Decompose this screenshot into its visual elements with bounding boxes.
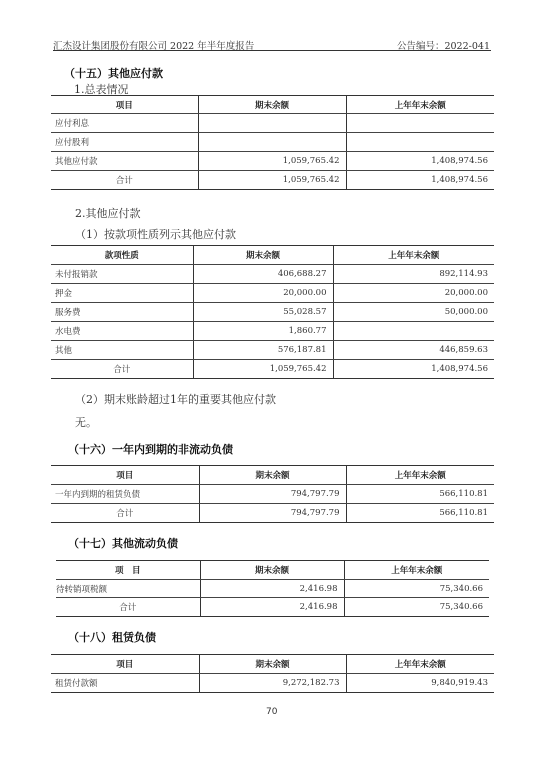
current-noncurrent-liabilities-table: 项目 期末余额 上年年末余额 一年内到期的租赁负债 794,797.79 566… — [51, 465, 494, 523]
table-row: 其他应付款 1,059,765.42 1,408,974.56 — [51, 152, 494, 171]
prior-year-end-balance: 566,110.81 — [346, 504, 494, 523]
total-row: 合计 1,059,765.42 1,408,974.56 — [51, 171, 494, 190]
prior-year-end-balance: 446,859.63 — [333, 341, 494, 360]
section-title-17: （十七）其他流动负债 — [68, 535, 178, 551]
row-label: 水电费 — [51, 322, 193, 341]
table-row: 一年内到期的租赁负债 794,797.79 566,110.81 — [51, 485, 494, 504]
period-end-balance — [198, 114, 346, 133]
period-end-balance — [198, 133, 346, 152]
row-label: 未付报销款 — [51, 265, 193, 284]
column-header: 项目 — [51, 96, 198, 114]
prior-year-end-balance: 1,408,974.56 — [346, 171, 494, 190]
column-header: 期末余额 — [200, 561, 344, 580]
table-row: 押金 20,000.00 20,000.00 — [51, 284, 494, 303]
table-row: 其他 576,187.81 446,859.63 — [51, 341, 494, 360]
header-divider — [53, 50, 491, 51]
column-header: 上年年末余额 — [333, 246, 494, 265]
section-title-18: （十八）租赁负债 — [68, 629, 156, 645]
prior-year-end-balance — [346, 133, 494, 152]
period-end-balance: 1,059,765.42 — [198, 171, 346, 190]
period-end-balance: 1,059,765.42 — [198, 152, 346, 171]
period-end-balance: 9,272,182.73 — [199, 674, 346, 693]
prior-year-end-balance — [333, 322, 494, 341]
column-header: 期末余额 — [193, 246, 333, 265]
section-title-15: （十五）其他应付款 — [64, 65, 163, 81]
table-row: 应付股利 — [51, 133, 494, 152]
row-label: 其他应付款 — [51, 152, 198, 171]
prior-year-end-balance: 20,000.00 — [333, 284, 494, 303]
column-header: 上年年末余额 — [346, 466, 494, 485]
column-header: 项目 — [51, 655, 199, 674]
total-label: 合计 — [51, 171, 198, 190]
period-end-balance: 1,059,765.42 — [193, 360, 333, 379]
period-end-balance: 406,688.27 — [193, 265, 333, 284]
prior-year-end-balance: 566,110.81 — [346, 485, 494, 504]
period-end-balance: 55,028.57 — [193, 303, 333, 322]
period-end-balance: 794,797.79 — [199, 485, 346, 504]
column-header: 款项性质 — [51, 246, 193, 265]
period-end-balance: 2,416.98 — [200, 598, 344, 617]
prior-year-end-balance: 1,408,974.56 — [333, 360, 494, 379]
period-end-balance: 794,797.79 — [199, 504, 346, 523]
table-row: 服务费 55,028.57 50,000.00 — [51, 303, 494, 322]
row-label: 待转销项税额 — [56, 580, 200, 598]
subsection-other-payables: 2.其他应付款 — [75, 205, 141, 221]
table-row: 租赁付款额 9,272,182.73 9,840,919.43 — [51, 674, 494, 693]
prior-year-end-balance: 892,114.93 — [333, 265, 494, 284]
prior-year-end-balance: 9,840,919.43 — [346, 674, 494, 693]
total-label: 合计 — [51, 360, 193, 379]
none-statement: 无。 — [75, 414, 97, 430]
row-label: 租赁付款额 — [51, 674, 199, 693]
summary-table: 项目 期末余额 上年年末余额 应付利息 应付股利 其他应付款 1,059,765… — [51, 95, 494, 190]
prior-year-end-balance: 50,000.00 — [333, 303, 494, 322]
row-label: 应付股利 — [51, 133, 198, 152]
total-row: 合计 2,416.98 75,340.66 — [56, 598, 489, 617]
row-label: 服务费 — [51, 303, 193, 322]
column-header: 上年年末余额 — [344, 561, 489, 580]
by-nature-table: 款项性质 期末余额 上年年末余额 未付报销款 406,688.27 892,11… — [51, 245, 494, 379]
row-label: 一年内到期的租赁负债 — [51, 485, 199, 504]
table-row: 水电费 1,860.77 — [51, 322, 494, 341]
column-header: 期末余额 — [199, 466, 346, 485]
period-end-balance: 20,000.00 — [193, 284, 333, 303]
row-label: 应付利息 — [51, 114, 198, 133]
column-header: 上年年末余额 — [346, 655, 494, 674]
column-header: 上年年末余额 — [346, 96, 494, 114]
total-row: 合计 1,059,765.42 1,408,974.56 — [51, 360, 494, 379]
prior-year-end-balance: 75,340.66 — [344, 580, 489, 598]
page-number: 70 — [266, 707, 277, 717]
column-header: 期末余额 — [199, 655, 346, 674]
table-row: 应付利息 — [51, 114, 494, 133]
period-end-balance: 2,416.98 — [200, 580, 344, 598]
table-row: 未付报销款 406,688.27 892,114.93 — [51, 265, 494, 284]
column-header: 期末余额 — [198, 96, 346, 114]
other-current-liabilities-table: 项 目 期末余额 上年年末余额 待转销项税额 2,416.98 75,340.6… — [56, 560, 489, 617]
column-header: 项 目 — [56, 561, 200, 580]
row-label: 押金 — [51, 284, 193, 303]
prior-year-end-balance: 75,340.66 — [344, 598, 489, 617]
total-label: 合计 — [51, 504, 199, 523]
period-end-balance: 1,860.77 — [193, 322, 333, 341]
period-end-balance: 576,187.81 — [193, 341, 333, 360]
lease-liabilities-table: 项目 期末余额 上年年末余额 租赁付款额 9,272,182.73 9,840,… — [51, 654, 494, 693]
total-label: 合计 — [56, 598, 200, 617]
prior-year-end-balance: 1,408,974.56 — [346, 152, 494, 171]
total-row: 合计 794,797.79 566,110.81 — [51, 504, 494, 523]
subsection-aged-payables: （2）期末账龄超过1年的重要其他应付款 — [75, 391, 276, 407]
table-row: 待转销项税额 2,416.98 75,340.66 — [56, 580, 489, 598]
row-label: 其他 — [51, 341, 193, 360]
prior-year-end-balance — [346, 114, 494, 133]
subsection-by-nature: （1）按款项性质列示其他应付款 — [75, 226, 236, 242]
column-header: 项目 — [51, 466, 199, 485]
section-title-16: （十六）一年内到期的非流动负债 — [68, 441, 233, 457]
